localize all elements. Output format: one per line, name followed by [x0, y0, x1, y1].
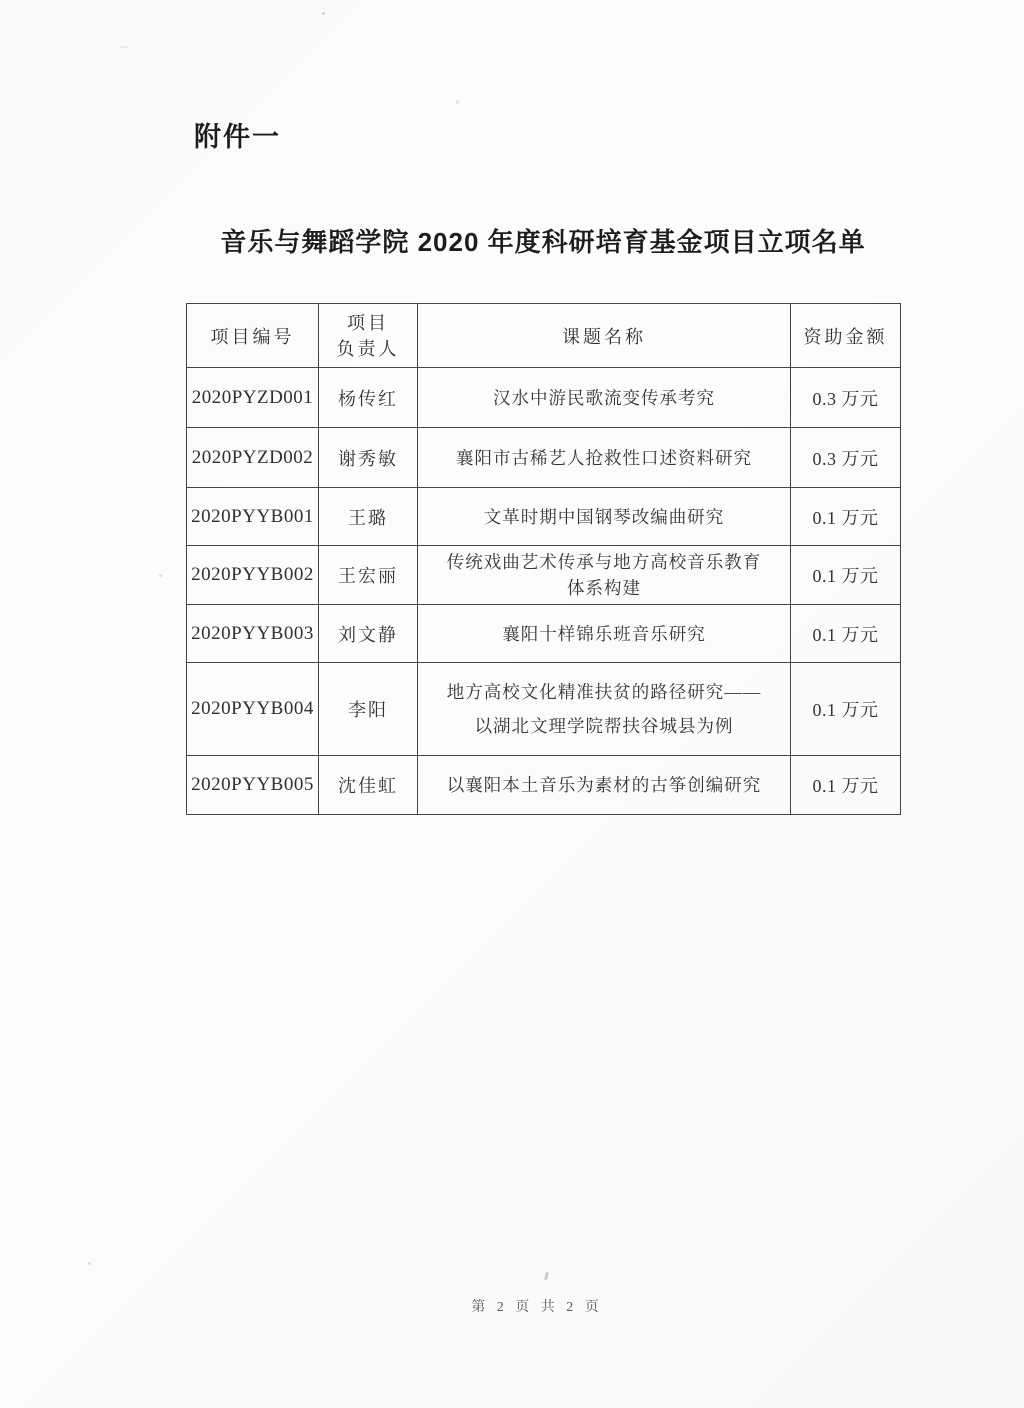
header-funding-amount: 资助金额 [791, 304, 901, 368]
table-row: 2020PYYB004 李阳 地方高校文化精准扶贫的路径研究—— 以湖北文理学院… [187, 663, 901, 756]
project-title-line: 体系构建 [422, 575, 786, 601]
project-title-line: 以湖北文理学院帮扶谷城县为例 [422, 709, 786, 743]
project-id-cell: 2020PYYB004 [187, 663, 319, 756]
project-title-line: 文革时期中国钢琴改编曲研究 [422, 504, 786, 530]
funding-amount-cell: 0.1 万元 [791, 488, 901, 546]
scan-artifact [322, 12, 325, 15]
project-title-cell: 汉水中游民歌流变传承考究 [418, 368, 791, 428]
project-leader-cell: 王宏丽 [319, 546, 418, 605]
project-title-line: 襄阳十样锦乐班音乐研究 [422, 621, 786, 647]
funding-amount-cell: 0.1 万元 [791, 756, 901, 815]
table-row: 2020PYYB003 刘文静 襄阳十样锦乐班音乐研究 0.1 万元 [187, 605, 901, 663]
funding-amount-cell: 0.3 万元 [791, 428, 901, 488]
project-id-cell: 2020PYYB002 [187, 546, 319, 605]
project-title-cell: 襄阳十样锦乐班音乐研究 [418, 605, 791, 663]
project-title-line: 地方高校文化精准扶贫的路径研究—— [422, 675, 786, 709]
table-header-row: 项目编号 项目 负责人 课题名称 资助金额 [187, 304, 901, 368]
table-row: 2020PYZD002 谢秀敏 襄阳市古稀艺人抢救性口述资料研究 0.3 万元 [187, 428, 901, 488]
project-title-line: 传统戏曲艺术传承与地方高校音乐教育 [422, 549, 786, 575]
page-number: 第 2 页 共 2 页 [25, 1296, 1024, 1316]
table-row: 2020PYYB002 王宏丽 传统戏曲艺术传承与地方高校音乐教育 体系构建 0… [187, 546, 901, 605]
project-leader-cell: 杨传红 [319, 368, 418, 428]
project-title-cell: 襄阳市古稀艺人抢救性口述资料研究 [418, 428, 791, 488]
funding-amount-cell: 0.3 万元 [791, 368, 901, 428]
project-title-cell: 以襄阳本土音乐为素材的古筝创编研究 [418, 756, 791, 815]
project-leader-cell: 王璐 [319, 488, 418, 546]
project-id-cell: 2020PYYB001 [187, 488, 319, 546]
project-id-cell: 2020PYZD001 [187, 368, 319, 428]
project-title-cell: 传统戏曲艺术传承与地方高校音乐教育 体系构建 [418, 546, 791, 605]
document-title: 音乐与舞蹈学院 2020 年度科研培育基金项目立项名单 [86, 222, 1000, 259]
project-id-cell: 2020PYYB003 [187, 605, 319, 663]
scan-artifact [544, 1272, 549, 1280]
project-title-line: 以襄阳本土音乐为素材的古筝创编研究 [422, 772, 786, 798]
header-project-leader-line2: 负责人 [323, 336, 413, 362]
project-leader-cell: 沈佳虹 [319, 756, 418, 815]
project-title-cell: 地方高校文化精准扶贫的路径研究—— 以湖北文理学院帮扶谷城县为例 [418, 663, 791, 756]
scan-artifact [88, 1262, 91, 1265]
header-topic-name: 课题名称 [418, 304, 791, 368]
header-project-leader-line1: 项目 [323, 310, 413, 336]
projects-table: 项目编号 项目 负责人 课题名称 资助金额 2020PYZD001 杨传红 汉水… [186, 303, 901, 815]
funding-amount-cell: 0.1 万元 [791, 605, 901, 663]
table-row: 2020PYZD001 杨传红 汉水中游民歌流变传承考究 0.3 万元 [187, 368, 901, 428]
project-leader-cell: 李阳 [319, 663, 418, 756]
header-project-leader: 项目 负责人 [319, 304, 418, 368]
funding-amount-cell: 0.1 万元 [791, 663, 901, 756]
attachment-label: 附件一 [194, 115, 281, 154]
project-title-line: 汉水中游民歌流变传承考究 [422, 385, 786, 411]
table-row: 2020PYYB001 王璐 文革时期中国钢琴改编曲研究 0.1 万元 [187, 488, 901, 546]
header-project-id: 项目编号 [187, 304, 319, 368]
scanned-document-page: 附件一 音乐与舞蹈学院 2020 年度科研培育基金项目立项名单 项目编号 项目 … [0, 0, 1024, 1408]
scan-artifact [456, 100, 459, 104]
project-leader-cell: 谢秀敏 [319, 428, 418, 488]
scan-artifact [120, 46, 128, 48]
funding-amount-cell: 0.1 万元 [791, 546, 901, 605]
project-title-line: 襄阳市古稀艺人抢救性口述资料研究 [422, 445, 786, 471]
scan-artifact [159, 574, 162, 577]
project-leader-cell: 刘文静 [319, 605, 418, 663]
project-id-cell: 2020PYYB005 [187, 756, 319, 815]
project-title-cell: 文革时期中国钢琴改编曲研究 [418, 488, 791, 546]
table-row: 2020PYYB005 沈佳虹 以襄阳本土音乐为素材的古筝创编研究 0.1 万元 [187, 756, 901, 815]
project-id-cell: 2020PYZD002 [187, 428, 319, 488]
